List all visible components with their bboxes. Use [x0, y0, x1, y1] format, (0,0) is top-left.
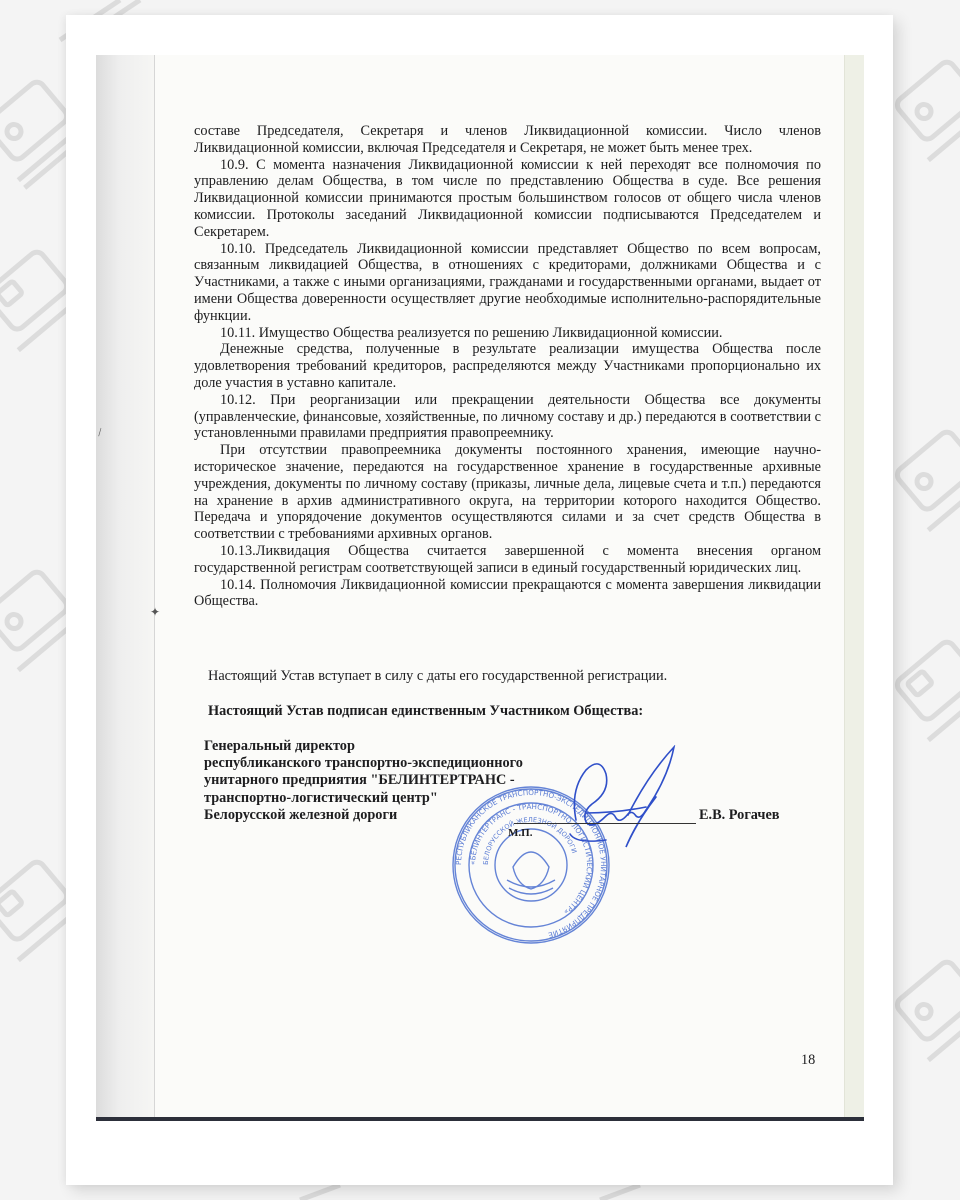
signer-name: Е.В. Рогачев [699, 807, 780, 824]
paragraph-10-9: 10.9. С момента назначения Ликвидационно… [194, 157, 821, 241]
signatory-title-line: Генеральный директор [204, 738, 523, 755]
scan-speck: ✦ [150, 605, 160, 620]
paragraph-10-13: 10.13.Ликвидация Общества считается заве… [194, 543, 821, 577]
paragraph-10-10: 10.10. Председатель Ликвидационной комис… [194, 241, 821, 325]
page-binding-shadow [96, 55, 154, 1117]
page-number: 18 [801, 1052, 815, 1069]
paragraph-continuation: составе Председателя, Секретаря и членов… [194, 123, 821, 157]
binding-edge-line [154, 55, 155, 1117]
scanned-page: \ ✦ составе Председателя, Секретаря и чл… [96, 55, 864, 1121]
signature-line [514, 823, 696, 824]
paragraph-funds: Денежные средства, полученные в результа… [194, 341, 821, 391]
page-body-text: составе Председателя, Секретаря и членов… [194, 123, 821, 610]
signed-by-statement: Настоящий Устав подписан единственным Уч… [208, 703, 643, 720]
handwritten-signature [566, 745, 686, 855]
paragraph-no-successor: При отсутствии правопреемника документы … [194, 442, 821, 543]
paragraph-10-14: 10.14. Полномочия Ликвидационной комисси… [194, 577, 821, 611]
enactment-statement: Настоящий Устав вступает в силу с даты е… [208, 668, 667, 685]
seal-place-label: М.П. [508, 827, 532, 839]
page-right-edge-strip [844, 55, 864, 1117]
signatory-org-line: республиканского транспортно-экспедицион… [204, 755, 523, 772]
paragraph-10-12: 10.12. При реорганизации или прекращении… [194, 392, 821, 442]
paragraph-10-11: 10.11. Имущество Общества реализуется по… [194, 325, 821, 342]
